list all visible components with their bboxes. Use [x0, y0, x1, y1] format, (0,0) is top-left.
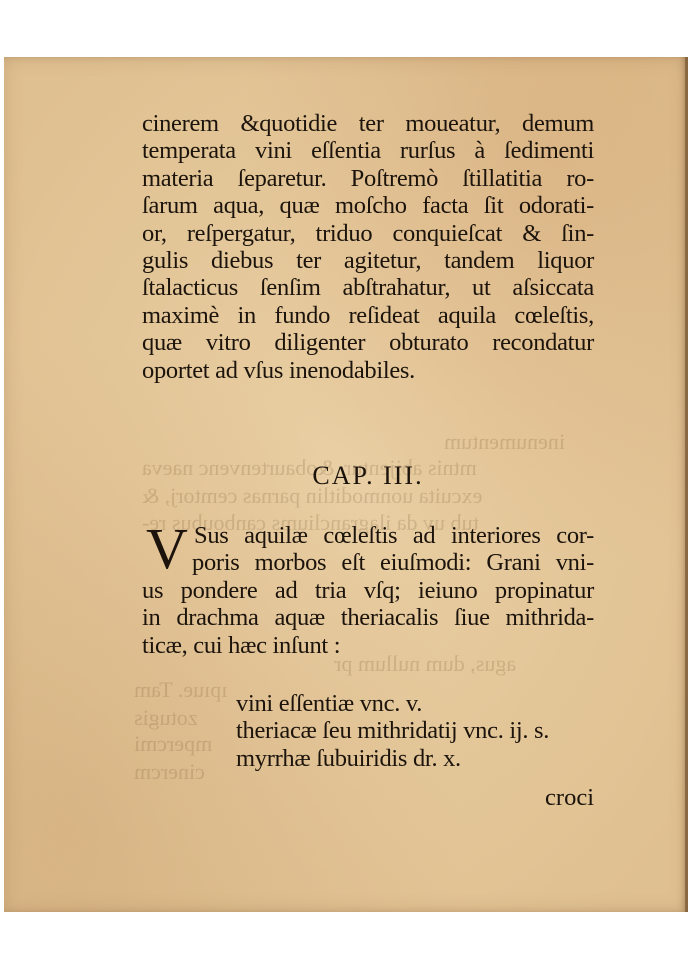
text-line: us pondere ad tria vſq; ieiuno propinatu… — [142, 577, 594, 604]
text-line: temperata vini eſſentia rurſus à ſedimen… — [142, 137, 594, 164]
show-through-text: cinercm — [134, 759, 205, 785]
show-through-text: inenumentum — [444, 429, 565, 455]
paragraph-2: V Sus aquilæ cœleſtis ad interiores cor-… — [142, 522, 594, 659]
text-line: ſarum aqua, quæ moſcho facta ſit odorati… — [142, 192, 594, 219]
text-line: cinerem &quotidie ter moueatur, demum — [142, 110, 594, 137]
show-through-text: mpercmi — [134, 731, 212, 757]
recipe-item: theriacæ ſeu mithridatij vnc. ij. s. — [236, 717, 549, 744]
drop-cap: V — [146, 524, 188, 574]
show-through-text: ıpıue. Tam — [134, 677, 227, 703]
text-line: Sus aquilæ cœleſtis ad interiores cor- — [142, 522, 594, 549]
text-line: materia ſeparetur. Poſtremò ſtillatitia … — [142, 165, 594, 192]
recipe-item: vini eſſentiæ vnc. v. — [236, 690, 549, 717]
text-line: in drachma aquæ theriacalis ſiue mithrid… — [142, 604, 594, 631]
catchword: croci — [545, 784, 594, 812]
text-line: gulis diebus ter agitetur, tandem liquor — [142, 247, 594, 274]
text-line: quæ vitro diligenter obturato recondatur — [142, 329, 594, 356]
text-line: or, reſpergatur, triduo conquieſcat & ſi… — [142, 220, 594, 247]
recipe-item: myrrhæ ſubuiridis dr. x. — [236, 745, 549, 772]
page-edge — [685, 57, 688, 912]
show-through-text: zotugis — [134, 705, 198, 731]
text-line: maximè in fundo reſideat aquila cœleſtis… — [142, 302, 594, 329]
text-line: poris morbos eſt eiuſmodi: Grani vni- — [142, 549, 594, 576]
text-line: ſtalacticus ſenſim abſtrahatur, ut aſsic… — [142, 274, 594, 301]
text-line: oportet ad vſus inenodabiles. — [142, 357, 594, 384]
chapter-heading: CAP. III. — [142, 461, 594, 491]
recipe-list: vini eſſentiæ vnc. v. theriacæ ſeu mithr… — [236, 690, 549, 772]
paragraph-1: cinerem &quotidie ter moueatur, demum te… — [142, 110, 594, 384]
text-line: ticæ, cui hæc inſunt : — [142, 632, 594, 659]
